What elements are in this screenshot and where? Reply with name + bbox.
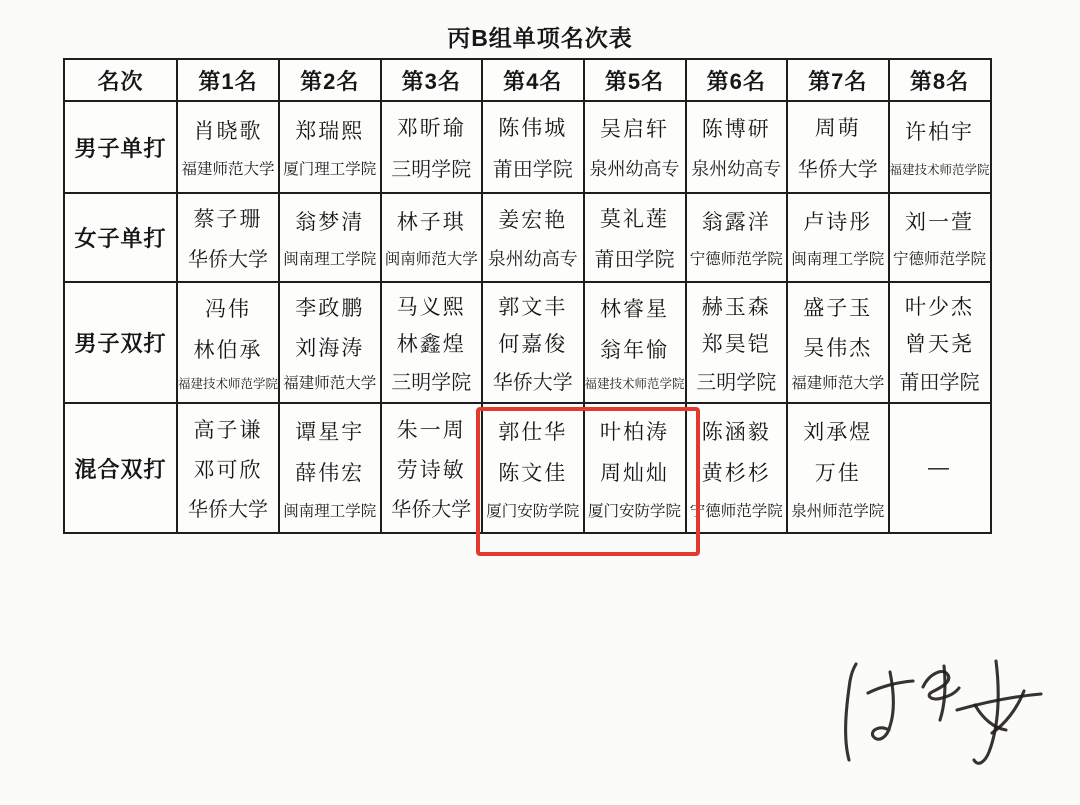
athlete-name: 肖晓歌 — [194, 115, 263, 145]
athlete-name: 翁露洋 — [702, 206, 771, 236]
result-cell: 林睿星 翁年愉 福建技术师范学院 — [584, 282, 686, 403]
signature-stroke — [974, 661, 998, 763]
header-row: 名次 第1名 第2名 第3名 第4名 第5名 第6名 第7名 第8名 — [64, 59, 991, 101]
result-cell: 叶少杰 曾天尧 莆田学院 — [889, 282, 991, 403]
athlete-name: 朱一周 — [397, 414, 466, 444]
athlete-name: 翁年愉 — [600, 334, 669, 364]
header-cell-place-2: 第2名 — [279, 59, 381, 101]
result-cell: 翁梦清 闽南理工学院 — [279, 193, 381, 282]
athlete-name: 陈涵毅 — [702, 416, 771, 446]
ranking-table: 名次 第1名 第2名 第3名 第4名 第5名 第6名 第7名 第8名 男子单打 … — [63, 58, 992, 534]
athlete-name: 郭仕华 — [498, 416, 567, 446]
signature-stroke — [846, 664, 856, 760]
header-cell-place-6: 第6名 — [686, 59, 788, 101]
school-name: 宁德师范学院 — [893, 247, 986, 269]
school-name: 莆田学院 — [900, 366, 980, 395]
athlete-name: 薛伟宏 — [295, 457, 364, 487]
result-cell-empty: — — [889, 403, 991, 533]
school-name: 宁德师范学院 — [690, 499, 783, 521]
header-cell-rank: 名次 — [64, 59, 177, 101]
school-name: 泉州幼高专 — [691, 155, 781, 181]
result-cell: 许柏宇 福建技术师范学院 — [889, 101, 991, 193]
result-cell: 谭星宇 薛伟宏 闽南理工学院 — [279, 403, 381, 533]
result-cell: 李政鹏 刘海涛 福建师范大学 — [279, 282, 381, 403]
result-cell: 郭文丰 何嘉俊 华侨大学 — [482, 282, 584, 403]
athlete-name: 李政鹏 — [295, 292, 364, 322]
header-cell-place-7: 第7名 — [787, 59, 889, 101]
signature-stroke — [923, 672, 959, 699]
header-cell-place-3: 第3名 — [381, 59, 483, 101]
school-name: 闽南理工学院 — [283, 247, 376, 269]
table-row-mixed-doubles: 混合双打 高子谦 邓可欣 华侨大学 谭星宇 薛伟宏 闽南理工学院 朱一周 劳诗敏… — [64, 403, 991, 533]
athlete-name: 叶柏涛 — [600, 416, 669, 446]
school-name: 莆田学院 — [595, 243, 675, 272]
athlete-name: 邓昕瑜 — [397, 112, 466, 142]
athlete-name: 周灿灿 — [600, 457, 669, 487]
athlete-name: 马义熙 — [397, 291, 466, 321]
header-cell-place-8: 第8名 — [889, 59, 991, 101]
school-name: 莆田学院 — [493, 153, 573, 182]
result-cell: 刘一萱 宁德师范学院 — [889, 193, 991, 282]
header-cell-place-4: 第4名 — [482, 59, 584, 101]
row-label: 女子单打 — [64, 193, 177, 282]
athlete-name: 周萌 — [815, 112, 861, 142]
table-row-mens-doubles: 男子双打 冯伟 林伯承 福建技术师范学院 李政鹏 刘海涛 福建师范大学 马义熙 … — [64, 282, 991, 403]
athlete-name: 劳诗敏 — [397, 454, 466, 484]
result-cell: 卢诗彤 闽南理工学院 — [787, 193, 889, 282]
row-label: 混合双打 — [64, 403, 177, 533]
athlete-name: 郑昊铠 — [702, 328, 771, 358]
athlete-name: 高子谦 — [194, 414, 263, 444]
result-cell: 姜宏艳 泉州幼高专 — [482, 193, 584, 282]
result-cell: 郑瑞熙 厦门理工学院 — [279, 101, 381, 193]
school-name: 福建师范大学 — [283, 371, 376, 393]
athlete-name: 莫礼莲 — [600, 203, 669, 233]
result-cell: 赫玉森 郑昊铠 三明学院 — [686, 282, 788, 403]
school-name: 华侨大学 — [493, 366, 573, 395]
athlete-name: 郑瑞熙 — [295, 115, 364, 145]
school-name: 闽南师范大学 — [385, 247, 478, 269]
result-cell: 陈涵毅 黄杉杉 宁德师范学院 — [686, 403, 788, 533]
athlete-name: 吴伟杰 — [803, 332, 872, 362]
school-name: 泉州幼高专 — [488, 245, 578, 271]
empty-placeholder-dash: — — [928, 456, 951, 480]
athlete-name: 陈博研 — [702, 113, 771, 143]
result-cell: 翁露洋 宁德师范学院 — [686, 193, 788, 282]
athlete-name: 盛子玉 — [803, 292, 872, 322]
school-name: 华侨大学 — [188, 493, 268, 522]
result-cell: 冯伟 林伯承 福建技术师范学院 — [177, 282, 279, 403]
athlete-name: 曾天尧 — [905, 328, 974, 358]
table-row-mens-singles: 男子单打 肖晓歌 福建师范大学 郑瑞熙 厦门理工学院 邓昕瑜 三明学院 陈伟城 … — [64, 101, 991, 193]
school-name: 福建技术师范学院 — [585, 374, 685, 392]
result-cell: 莫礼莲 莆田学院 — [584, 193, 686, 282]
result-cell: 邓昕瑜 三明学院 — [381, 101, 483, 193]
row-label: 男子单打 — [64, 101, 177, 193]
result-cell: 肖晓歌 福建师范大学 — [177, 101, 279, 193]
school-name: 华侨大学 — [391, 493, 471, 522]
school-name: 泉州幼高专 — [590, 155, 680, 181]
school-name: 福建技术师范学院 — [178, 374, 278, 392]
school-name: 闽南理工学院 — [791, 247, 884, 269]
athlete-name: 林伯承 — [194, 334, 263, 364]
page-title: 丙B组单项名次表 — [0, 20, 1080, 53]
result-cell: 刘承煜 万佳 泉州师范学院 — [787, 403, 889, 533]
result-cell: 林子琪 闽南师范大学 — [381, 193, 483, 282]
athlete-name: 刘一萱 — [905, 206, 974, 236]
school-name: 福建师范大学 — [791, 371, 884, 393]
result-cell: 高子谦 邓可欣 华侨大学 — [177, 403, 279, 533]
school-name: 宁德师范学院 — [690, 247, 783, 269]
school-name: 厦门安防学院 — [588, 499, 681, 521]
athlete-name: 翁梦清 — [295, 206, 364, 236]
school-name: 福建师范大学 — [182, 157, 275, 179]
result-cell-highlighted: 叶柏涛 周灿灿 厦门安防学院 — [584, 403, 686, 533]
result-cell: 周萌 华侨大学 — [787, 101, 889, 193]
signature-stroke — [872, 672, 893, 739]
athlete-name: 林睿星 — [600, 293, 669, 323]
athlete-name: 陈文佳 — [498, 457, 567, 487]
athlete-name: 蔡子珊 — [194, 203, 263, 233]
result-cell-highlighted: 郭仕华 陈文佳 厦门安防学院 — [482, 403, 584, 533]
athlete-name: 邓可欣 — [194, 454, 263, 484]
athlete-name: 林鑫煌 — [397, 328, 466, 358]
result-cell: 盛子玉 吴伟杰 福建师范大学 — [787, 282, 889, 403]
school-name: 厦门安防学院 — [486, 499, 579, 521]
school-name: 华侨大学 — [188, 243, 268, 272]
result-cell: 陈伟城 莆田学院 — [482, 101, 584, 193]
athlete-name: 姜宏艳 — [498, 204, 567, 234]
athlete-name: 卢诗彤 — [803, 206, 872, 236]
result-cell: 朱一周 劳诗敏 华侨大学 — [381, 403, 483, 533]
school-name: 三明学院 — [696, 366, 776, 395]
school-name: 三明学院 — [391, 366, 471, 395]
athlete-name: 叶少杰 — [905, 291, 974, 321]
result-cell: 蔡子珊 华侨大学 — [177, 193, 279, 282]
athlete-name: 谭星宇 — [295, 416, 364, 446]
school-name: 三明学院 — [391, 153, 471, 182]
athlete-name: 许柏宇 — [905, 116, 974, 146]
signature-handwriting — [828, 648, 1056, 780]
athlete-name: 赫玉森 — [702, 291, 771, 321]
table-row-womens-singles: 女子单打 蔡子珊 华侨大学 翁梦清 闽南理工学院 林子琪 闽南师范大学 姜宏艳 … — [64, 193, 991, 282]
result-cell: 吴启轩 泉州幼高专 — [584, 101, 686, 193]
school-name: 厦门理工学院 — [283, 157, 376, 179]
athlete-name: 万佳 — [815, 457, 861, 487]
signature-stroke — [940, 666, 945, 720]
athlete-name: 林子琪 — [397, 206, 466, 236]
header-cell-place-1: 第1名 — [177, 59, 279, 101]
header-cell-place-5: 第5名 — [584, 59, 686, 101]
school-name: 闽南理工学院 — [283, 499, 376, 521]
athlete-name: 黄杉杉 — [702, 457, 771, 487]
school-name: 华侨大学 — [798, 153, 878, 182]
row-label: 男子双打 — [64, 282, 177, 403]
result-cell: 陈博研 泉州幼高专 — [686, 101, 788, 193]
athlete-name: 何嘉俊 — [498, 328, 567, 358]
result-cell: 马义熙 林鑫煌 三明学院 — [381, 282, 483, 403]
athlete-name: 冯伟 — [205, 293, 251, 323]
athlete-name: 郭文丰 — [498, 291, 567, 321]
athlete-name: 吴启轩 — [600, 113, 669, 143]
school-name: 福建技术师范学院 — [890, 160, 990, 178]
athlete-name: 刘承煜 — [803, 416, 872, 446]
athlete-name: 刘海涛 — [295, 332, 364, 362]
athlete-name: 陈伟城 — [498, 112, 567, 142]
school-name: 泉州师范学院 — [791, 499, 884, 521]
